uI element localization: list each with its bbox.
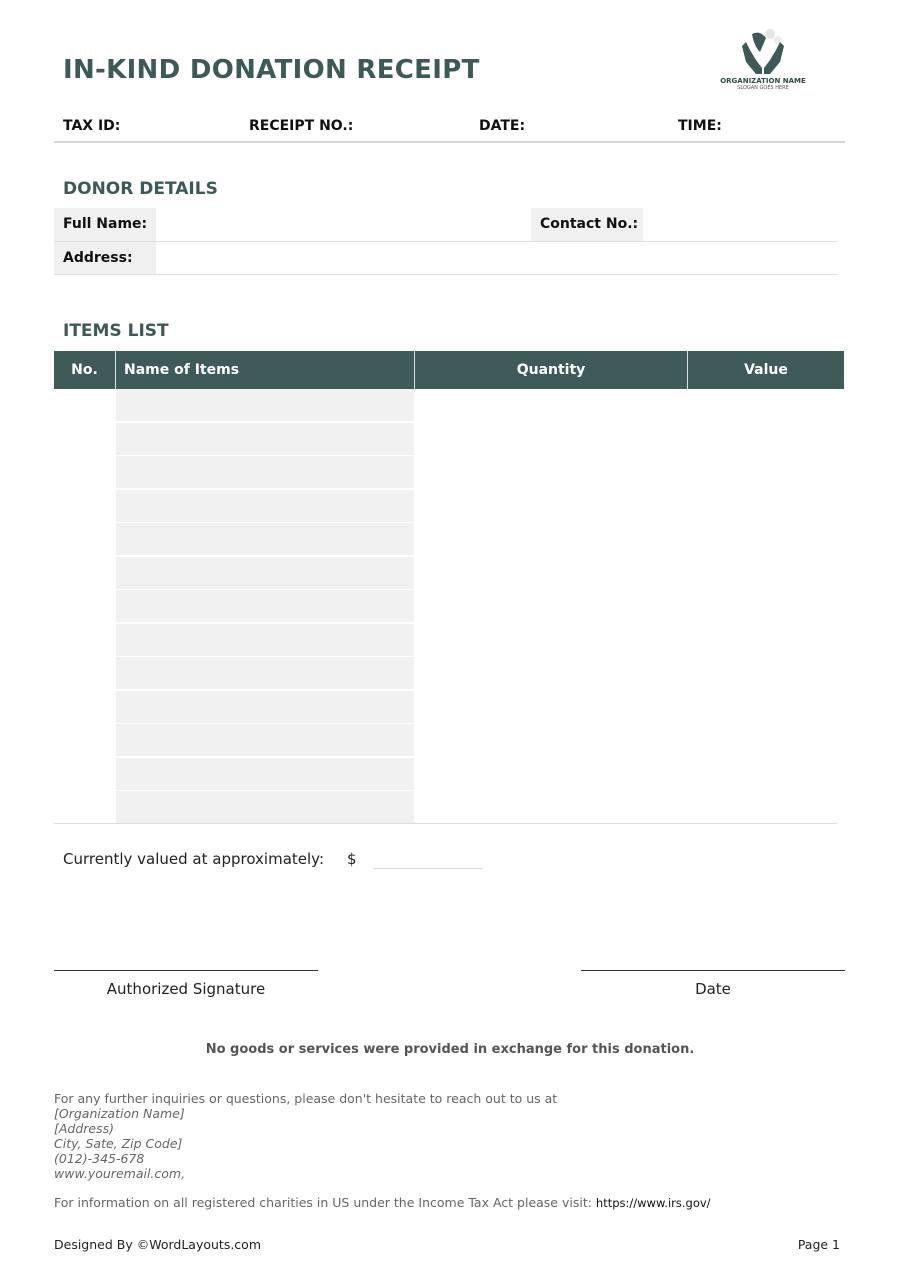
contact-info: For any further inquiries or questions, …: [54, 1091, 557, 1181]
page-title: IN-KIND DONATION RECEIPT: [63, 55, 480, 85]
page-number: Page 1: [798, 1237, 840, 1252]
contact-address: [Address): [54, 1121, 557, 1136]
organization-slogan: SLOGAN GOES HERE: [712, 85, 814, 91]
table-row[interactable]: [116, 724, 414, 756]
tax-id-label: TAX ID:: [63, 118, 120, 134]
contact-phone: (012)-345-678: [54, 1151, 557, 1166]
contact-email[interactable]: www.youremail.com,: [54, 1166, 557, 1181]
tax-id-field[interactable]: [120, 116, 240, 136]
header-divider: [54, 141, 845, 143]
receipt-no-field[interactable]: [345, 116, 470, 136]
table-row[interactable]: [116, 657, 414, 689]
donor-bottom-divider: [54, 274, 837, 275]
authorized-signature-label: Authorized Signature: [54, 980, 318, 998]
date-label: DATE:: [479, 118, 525, 134]
no-goods-notice: No goods or services were provided in ex…: [0, 1042, 900, 1057]
authorized-signature-line[interactable]: [54, 970, 318, 971]
address-field[interactable]: [156, 242, 837, 274]
table-row[interactable]: [116, 490, 414, 522]
items-table-body: [116, 389, 414, 825]
contact-intro: For any further inquiries or questions, …: [54, 1091, 557, 1106]
receipt-no-label: RECEIPT NO.:: [249, 118, 353, 134]
contact-no-label: Contact No.:: [531, 208, 643, 241]
currency-symbol: $: [347, 850, 357, 868]
date-field[interactable]: [525, 116, 670, 136]
table-row[interactable]: [116, 624, 414, 656]
column-header-value: Value: [688, 351, 844, 389]
column-header-name: Name of Items: [116, 351, 414, 389]
table-row[interactable]: [116, 758, 414, 790]
table-row[interactable]: [116, 456, 414, 488]
table-row[interactable]: [116, 791, 414, 823]
full-name-field[interactable]: [156, 208, 530, 241]
donor-details-heading: DONOR DETAILS: [63, 179, 218, 199]
table-row[interactable]: [116, 389, 414, 421]
organization-logo: ORGANIZATION NAME SLOGAN GOES HERE: [712, 28, 814, 98]
table-row[interactable]: [116, 523, 414, 555]
time-field[interactable]: [722, 116, 842, 136]
contact-org-name: [Organization Name]: [54, 1106, 557, 1121]
signature-date-line[interactable]: [581, 970, 845, 971]
organization-name: ORGANIZATION NAME: [712, 77, 814, 85]
time-label: TIME:: [678, 118, 722, 134]
contact-city: City, Sate, Zip Code]: [54, 1136, 557, 1151]
valuation-amount-field[interactable]: [373, 848, 483, 869]
items-table-header: No. Name of Items Quantity Value: [54, 351, 844, 389]
irs-info: For information on all registered charit…: [54, 1195, 711, 1210]
irs-link[interactable]: https://www.irs.gov/: [596, 1196, 711, 1210]
column-header-no: No.: [54, 351, 115, 389]
full-name-label: Full Name:: [54, 208, 156, 241]
signature-date-label: Date: [581, 980, 845, 998]
designed-by: Designed By ©WordLayouts.com: [54, 1237, 261, 1252]
address-label: Address:: [54, 242, 156, 274]
column-header-quantity: Quantity: [415, 351, 687, 389]
items-list-heading: ITEMS LIST: [63, 321, 169, 341]
items-bottom-divider: [54, 823, 837, 824]
contact-no-field[interactable]: [643, 208, 837, 241]
table-row[interactable]: [116, 557, 414, 589]
hands-leaf-icon: [738, 28, 788, 76]
table-row[interactable]: [116, 590, 414, 622]
table-row[interactable]: [116, 423, 414, 455]
table-row[interactable]: [116, 691, 414, 723]
irs-info-text: For information on all registered charit…: [54, 1195, 592, 1210]
valuation-label: Currently valued at approximately:: [63, 850, 324, 868]
